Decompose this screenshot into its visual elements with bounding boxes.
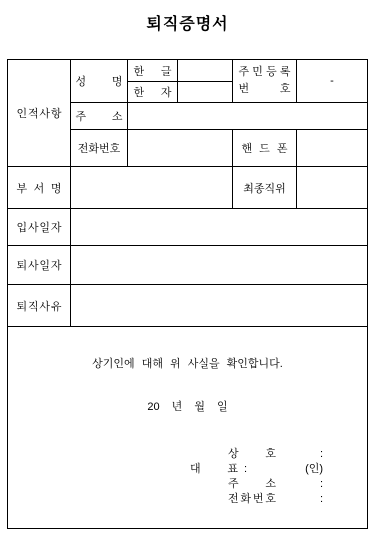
- company-name-colon: :: [320, 447, 323, 462]
- position-label: 최종직위: [243, 183, 286, 195]
- confirmation-text: 상기인에 대해 위 사실을 확인합니다.: [8, 355, 367, 371]
- resign-reason-field[interactable]: [71, 285, 368, 327]
- name-hangul-field[interactable]: [178, 60, 233, 82]
- name-hanja-field[interactable]: [178, 82, 233, 103]
- rrn-label-line2: 번호: [239, 81, 291, 98]
- department-field[interactable]: [71, 167, 233, 209]
- hire-date-label: 입사일자: [17, 219, 62, 235]
- company-phone-label: 전화번호: [228, 492, 276, 507]
- company-info-block: 상호 : 대표 : (인) 주소 : 전화번호 :: [190, 447, 323, 507]
- phone-label: 전화번호: [78, 143, 121, 155]
- resign-date-label: 퇴사일자: [17, 257, 62, 273]
- hangul-label-cell: 한글: [128, 60, 178, 82]
- company-rep-line: 대표 : (인): [190, 462, 323, 477]
- resign-date-field[interactable]: [71, 246, 368, 285]
- personal-section-label-cell: 인적사항: [8, 60, 71, 167]
- seal-mark: (인): [305, 462, 323, 477]
- footer-cell: 상기인에 대해 위 사실을 확인합니다. 20 년 월 일 상호 : 대표 : …: [8, 327, 368, 529]
- mobile-label: 핸드폰: [242, 140, 288, 156]
- department-label-cell: 부서명: [8, 167, 71, 209]
- mobile-label-cell: 핸드폰: [233, 130, 297, 167]
- name-label: 성명: [76, 73, 123, 89]
- resign-reason-label: 퇴직사유: [17, 298, 62, 314]
- hangul-label: 한글: [134, 63, 172, 79]
- company-name-line: 상호 :: [190, 447, 323, 462]
- resign-reason-label-cell: 퇴직사유: [8, 285, 71, 327]
- company-address-line: 주소 :: [190, 477, 323, 492]
- position-label-cell: 최종직위: [233, 167, 297, 209]
- certificate-table: 인적사항 성명 한글 주민등록 번호 - 한자 주소: [7, 59, 368, 529]
- company-address-label: 주소: [228, 477, 276, 492]
- hanja-label: 한자: [134, 84, 172, 100]
- date-line: 20 년 월 일: [8, 398, 367, 414]
- position-field[interactable]: [297, 167, 368, 209]
- department-label: 부서명: [17, 180, 62, 196]
- phone-field[interactable]: [128, 130, 233, 167]
- company-rep-colon: :: [244, 462, 247, 477]
- address-label-cell: 주소: [71, 103, 128, 130]
- hanja-label-cell: 한자: [128, 82, 178, 103]
- hire-date-label-cell: 입사일자: [8, 209, 71, 246]
- document-title: 퇴직증명서: [0, 0, 375, 34]
- company-name-label: 상호: [228, 447, 276, 462]
- address-label: 주소: [76, 108, 123, 124]
- company-address-colon: :: [320, 477, 323, 492]
- rrn-field[interactable]: -: [297, 60, 368, 103]
- rrn-label-cell: 주민등록 번호: [233, 60, 297, 103]
- address-field[interactable]: [128, 103, 368, 130]
- resign-date-label-cell: 퇴사일자: [8, 246, 71, 285]
- company-rep-label: 대표: [190, 462, 238, 477]
- company-phone-line: 전화번호 :: [190, 492, 323, 507]
- hire-date-field[interactable]: [71, 209, 368, 246]
- phone-label-cell: 전화번호: [71, 130, 128, 167]
- company-phone-colon: :: [320, 492, 323, 507]
- name-label-cell: 성명: [71, 60, 128, 103]
- rrn-label-line1: 주민등록: [239, 64, 291, 81]
- mobile-field[interactable]: [297, 130, 368, 167]
- personal-section-label: 인적사항: [17, 105, 62, 121]
